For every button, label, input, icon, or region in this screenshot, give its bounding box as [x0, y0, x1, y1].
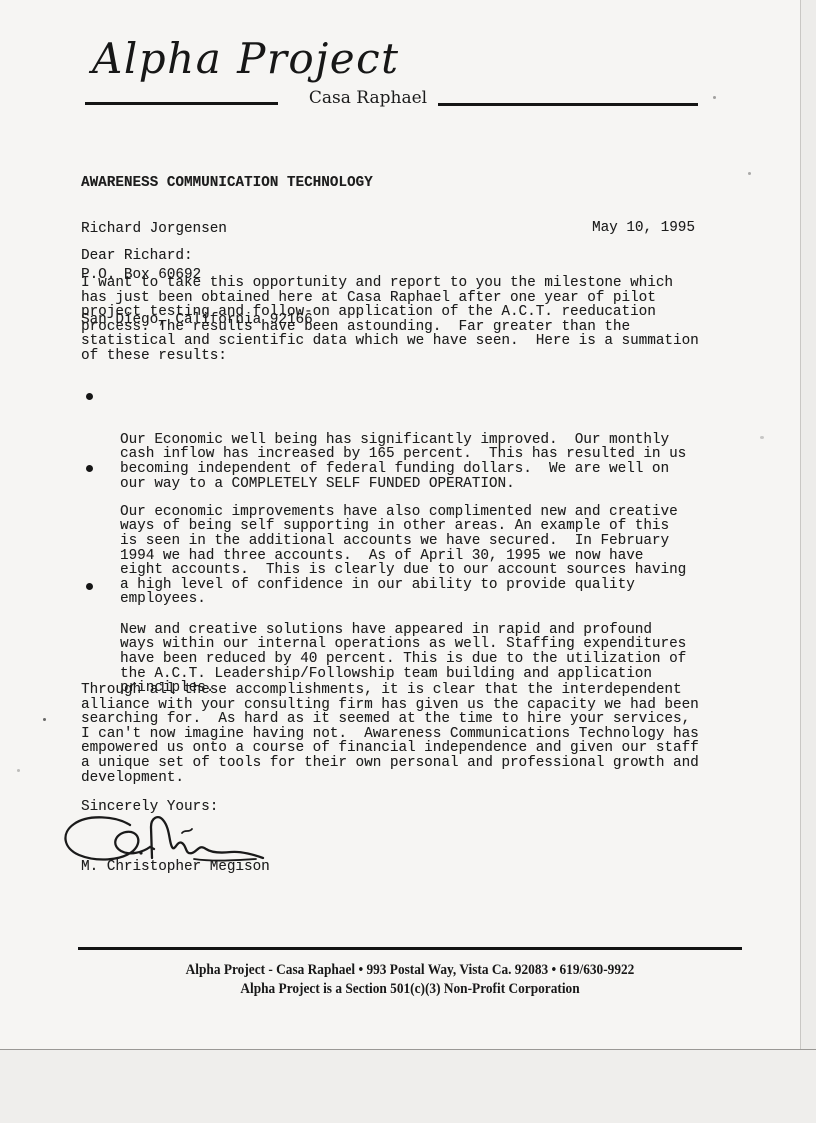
- paper-right-edge: [800, 0, 816, 1123]
- scan-speck: [713, 96, 716, 99]
- recipient-company: AWARENESS COMMUNICATION TECHNOLOGY: [81, 176, 373, 191]
- scan-speck: [760, 436, 764, 439]
- footer-rule: [78, 947, 742, 950]
- intro-paragraph: I want to take this opportunity and repo…: [81, 276, 699, 364]
- footer-nonprofit-line: Alpha Project is a Section 501(c)(3) Non…: [105, 981, 716, 998]
- bullet-dot-icon: [86, 393, 93, 400]
- signer-name: M. Christopher Megison: [81, 860, 270, 875]
- letter-date: May 10, 1995: [592, 221, 695, 236]
- recipient-contact: Richard Jorgensen: [81, 222, 373, 237]
- scan-speck: [17, 769, 20, 772]
- letterhead-rule-left: [85, 102, 278, 105]
- paper-bottom-edge: [0, 1049, 816, 1123]
- scan-speck: [748, 172, 751, 175]
- closing-paragraph: Through all these accomplishments, it is…: [81, 683, 699, 785]
- footer-address-line: Alpha Project - Casa Raphael • 993 Posta…: [105, 962, 716, 979]
- letterhead-rule-right: [438, 103, 698, 106]
- salutation: Dear Richard:: [81, 249, 193, 264]
- bullet-dot-icon: [86, 465, 93, 472]
- letterhead-title: Alpha Project: [92, 34, 400, 83]
- letterhead-subtitle: Casa Raphael: [298, 88, 438, 108]
- handwritten-signature: [58, 811, 273, 865]
- bullet-dot-icon: [86, 583, 93, 590]
- scan-speck: [43, 718, 46, 721]
